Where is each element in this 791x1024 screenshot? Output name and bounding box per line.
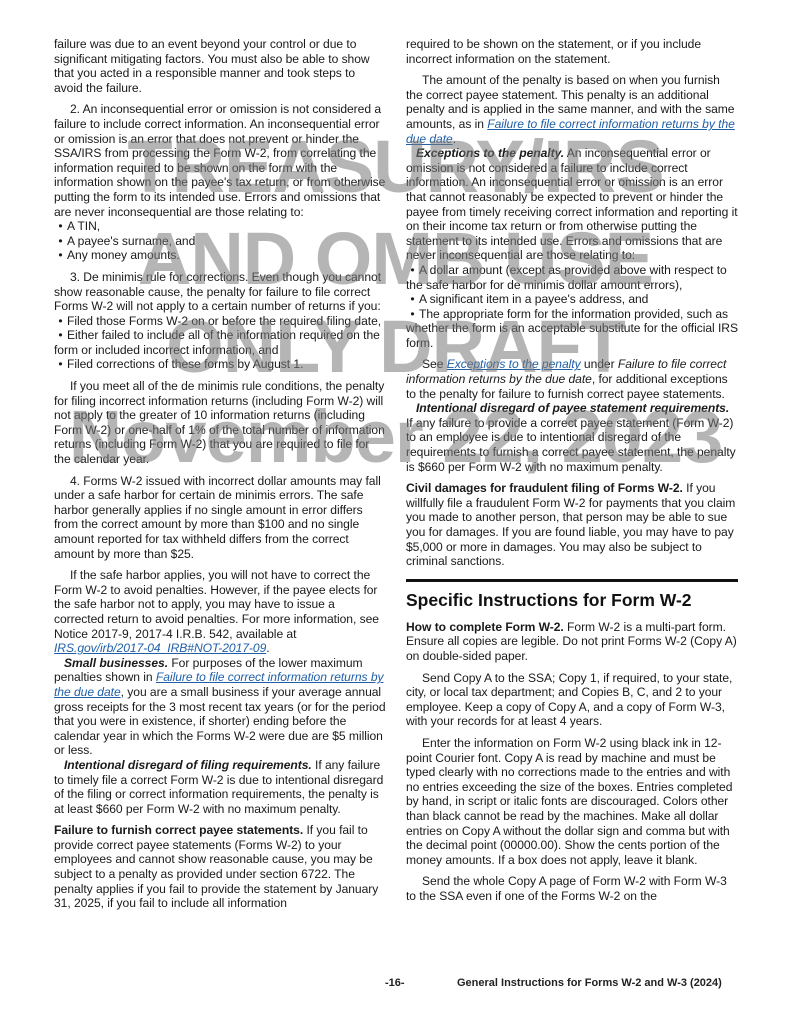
exceptions-to-penalty-link[interactable]: Exceptions to the penalty <box>447 357 581 371</box>
bullet-icon: • <box>54 357 67 372</box>
paragraph-penalty-amount: The amount of the penalty is based on wh… <box>406 73 738 146</box>
list-item: •A dollar amount (except as provided abo… <box>406 263 738 292</box>
paragraph-continued: required to be shown on the statement, o… <box>406 37 738 66</box>
list-item: •A payee's surname, and <box>54 234 387 249</box>
paragraph-send-copy: Send Copy A to the SSA; Copy 1, if requi… <box>406 671 738 729</box>
bullet-icon: • <box>406 292 419 307</box>
paragraph-failure-to-furnish: Failure to furnish correct payee stateme… <box>54 823 387 911</box>
list-item: •A significant item in a payee's address… <box>406 292 738 307</box>
bullet-icon: • <box>406 263 419 278</box>
paragraph-see-exceptions: See Exceptions to the penalty under Fail… <box>406 357 738 401</box>
heading-failure-to-furnish: Failure to furnish correct payee stateme… <box>54 823 303 837</box>
paragraph-deminimis-conditions: If you meet all of the de minimis rule c… <box>54 379 387 467</box>
irb-notice-link[interactable]: IRS.gov/irb/2017-04_IRB#NOT-2017-09 <box>54 641 266 655</box>
page-number: -16- <box>385 977 405 989</box>
heading-intentional-payee: Intentional disregard of payee statement… <box>416 401 729 415</box>
paragraph-enter-info: Enter the information on Form W-2 using … <box>406 736 738 867</box>
document-title: General Instructions for Forms W-2 and W… <box>457 977 722 989</box>
paragraph-send-whole: Send the whole Copy A page of Form W-2 w… <box>406 874 738 903</box>
heading-exceptions: Exceptions to the penalty. <box>416 146 564 160</box>
list-item: •Any money amounts. <box>54 248 387 263</box>
paragraph-item-4: 4. Forms W-2 issued with incorrect dolla… <box>54 474 387 562</box>
list-item: •A TIN, <box>54 219 387 234</box>
paragraph-item-3: 3. De minimis rule for corrections. Even… <box>54 270 387 314</box>
left-column: failure was due to an event beyond your … <box>54 37 387 918</box>
bullet-list-exceptions: •A dollar amount (except as provided abo… <box>406 263 738 351</box>
bullet-icon: • <box>54 234 67 249</box>
paragraph-safe-harbor: If the safe harbor applies, you will not… <box>54 568 387 656</box>
paragraph-small-businesses: Small businesses. For purposes of the lo… <box>54 656 387 758</box>
bullet-icon: • <box>54 248 67 263</box>
list-item: •Either failed to include all of the inf… <box>54 328 387 357</box>
section-divider <box>406 579 738 582</box>
heading-how-to-complete: How to complete Form W-2. <box>406 620 564 634</box>
paragraph-how-to-complete: How to complete Form W-2. Form W-2 is a … <box>406 620 738 664</box>
paragraph-civil-damages: Civil damages for fraudulent filing of F… <box>406 481 738 569</box>
paragraph-exceptions: Exceptions to the penalty. An inconseque… <box>406 146 738 263</box>
section-title: Specific Instructions for Form W-2 <box>406 590 738 610</box>
list-item: •Filed corrections of these forms by Aug… <box>54 357 387 372</box>
right-column: required to be shown on the statement, o… <box>406 37 738 910</box>
bullet-list-deminimis: •Filed those Forms W-2 on or before the … <box>54 314 387 372</box>
heading-intentional-filing: Intentional disregard of filing requirem… <box>64 758 312 772</box>
list-item: •The appropriate form for the informatio… <box>406 307 738 351</box>
paragraph-intentional-filing: Intentional disregard of filing requirem… <box>54 758 387 816</box>
bullet-icon: • <box>406 307 419 322</box>
list-item: •Filed those Forms W-2 on or before the … <box>54 314 387 329</box>
bullet-list-inconsequential: •A TIN, •A payee's surname, and •Any mon… <box>54 219 387 263</box>
paragraph-intro: failure was due to an event beyond your … <box>54 37 387 95</box>
bullet-icon: • <box>54 219 67 234</box>
heading-small-businesses: Small businesses. <box>64 656 168 670</box>
heading-civil-damages: Civil damages for fraudulent filing of F… <box>406 481 683 495</box>
paragraph-item-2: 2. An inconsequential error or omission … <box>54 102 387 219</box>
paragraph-intentional-payee: Intentional disregard of payee statement… <box>406 401 738 474</box>
bullet-icon: • <box>54 314 67 329</box>
bullet-icon: • <box>54 328 67 343</box>
